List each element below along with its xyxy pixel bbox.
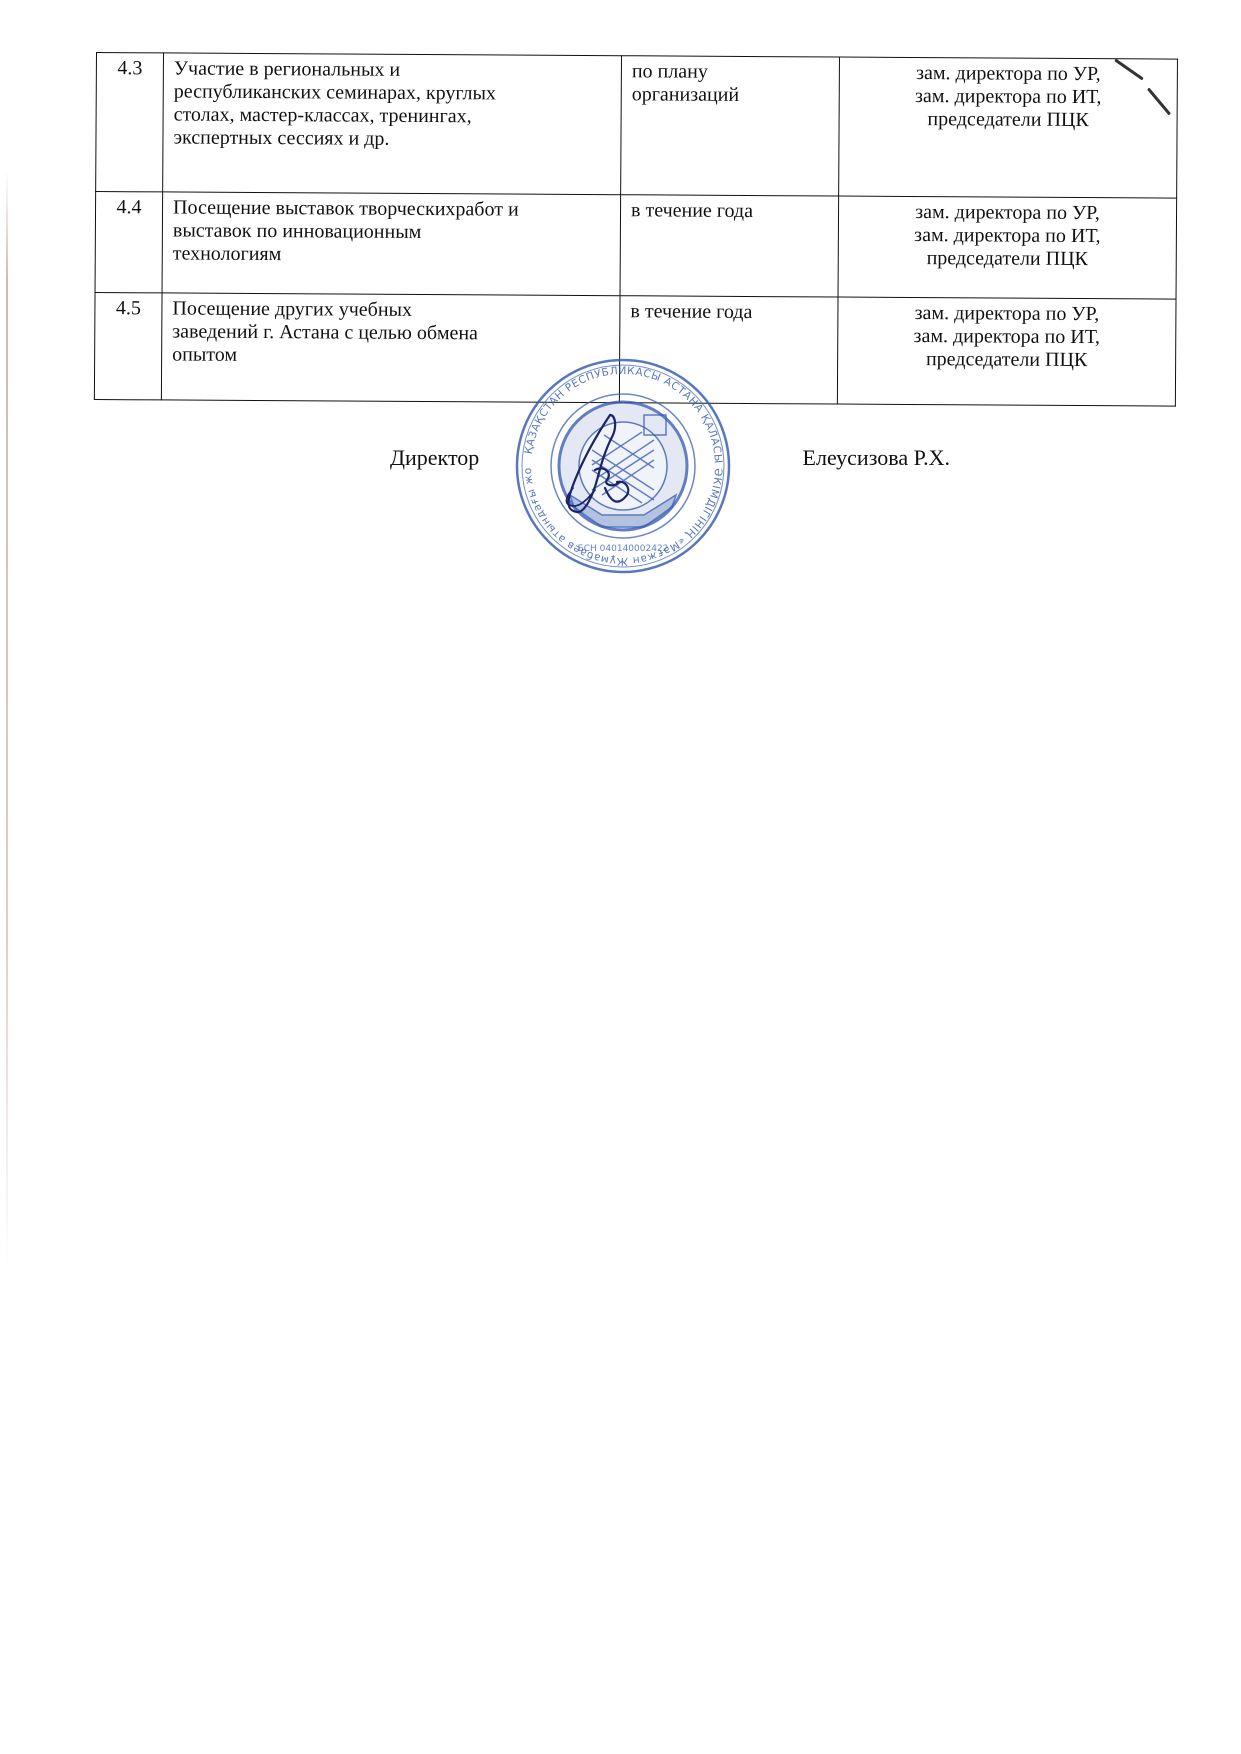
row-number: 4.3 [96,53,164,192]
activity-cell: Посещение выставок творческихработ и выс… [162,192,621,296]
row-number: 4.4 [95,192,163,293]
responsible-cell: зам. директора по УР, зам. директора по … [838,196,1177,299]
deadline-cell: по плану организаций [621,56,840,196]
responsible-cell: зам. директора по УР, зам. директора по … [837,297,1176,406]
signatory-title: Директор [390,445,479,471]
row-number: 4.5 [94,292,162,399]
activity-plan-table: 4.3 Участие в региональных и республикан… [94,52,1178,407]
signature-block: Директор Елеусизова Р.Х. [390,445,950,471]
activity-cell: Участие в региональных и республиканских… [163,53,622,195]
svg-text:БСН 040140002422: БСН 040140002422 [578,544,669,554]
table-row: 4.3 Участие в региональных и республикан… [96,53,1178,199]
scan-edge-artifact [6,170,8,1270]
signatory-name: Елеусизова Р.Х. [803,445,950,471]
table-row: 4.4 Посещение выставок творческихработ и… [95,192,1177,300]
responsible-cell: зам. директора по УР, зам. директора по … [839,57,1178,198]
deadline-cell: в течение года [620,195,839,297]
